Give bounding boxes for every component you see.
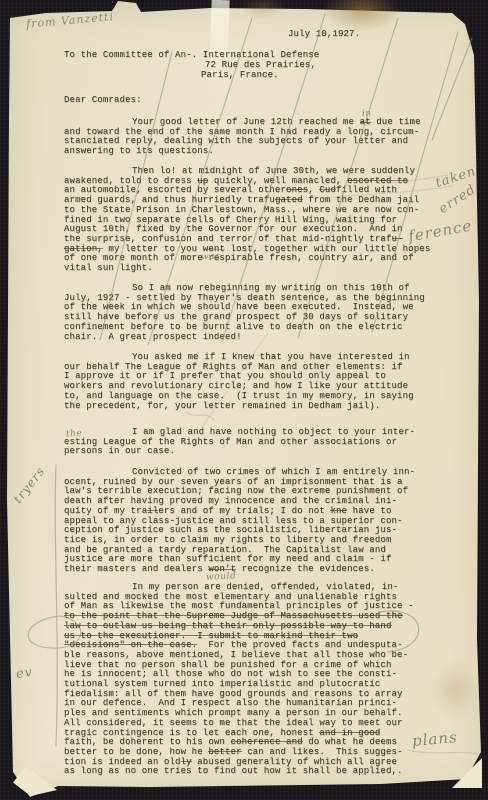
paragraph-4: You asked me if I knew that you have int… xyxy=(64,353,446,411)
typed-text: stanciated reply, dealing with the subje… xyxy=(64,136,408,146)
typed-text: an automobile, escorted by several other xyxy=(64,185,286,195)
typed-text: tice is, in order to claim my rights to … xyxy=(64,535,392,545)
typed-text: ception of justice such as the socialist… xyxy=(64,525,397,535)
struck-text: gated xyxy=(275,195,303,205)
typed-text: persons in our case. xyxy=(64,446,175,456)
struck-text: us to the executioner. I submit to marki… xyxy=(64,631,358,641)
struck-text: coherence and xyxy=(231,737,303,747)
paragraph-6: Convicted of two crimes of which I am en… xyxy=(64,468,446,575)
typed-text: tragic contingence is to let each one, h… xyxy=(64,728,319,738)
typed-line: chair. A great prospect indeed! xyxy=(64,333,446,343)
typed-text: do what he deems xyxy=(303,737,397,747)
paragraph-7: In my person are denied, offended, viola… xyxy=(64,583,446,777)
struck-text: up xyxy=(197,176,208,186)
typed-text: he is innocent; all those who do not wis… xyxy=(64,669,397,679)
typed-text: our behalf The League of Rights of Man a… xyxy=(64,362,403,372)
typed-line: vital sun light. xyxy=(64,264,446,274)
recipient-line-3: Paris, France. xyxy=(201,71,279,81)
typed-text: I am glad and have nothing to object to … xyxy=(132,427,415,437)
typed-text: have to xyxy=(347,506,391,516)
typed-text: July, 1927 - settled by Thayer's death s… xyxy=(64,293,425,303)
paper-crease-streak xyxy=(208,0,229,96)
typed-line: persons in our case. xyxy=(64,447,446,457)
struck-text: Cud xyxy=(319,185,336,195)
typed-line: answering to its questions. xyxy=(64,147,446,157)
typed-text: the precedent, for, your letter remained… xyxy=(64,401,380,411)
typed-text: vital sun light. xyxy=(64,263,153,273)
typed-text: All considered, it seems to me that the … xyxy=(64,718,403,728)
salutation: Dear Comrades: xyxy=(64,96,142,106)
typed-text: tion is indeed an old xyxy=(64,757,181,767)
typed-text: of one more month of more respirable fre… xyxy=(64,253,414,263)
typed-text: of Man as likewise the most fundamental … xyxy=(64,601,414,611)
typed-text: recognize the evidences. xyxy=(236,564,375,574)
typed-text: lost, together with our little hopes xyxy=(225,244,430,254)
typed-text: the surprise, confusion and terror of th… xyxy=(64,234,392,244)
struck-text: u- xyxy=(392,234,403,244)
typed-text: my letter to you xyxy=(103,244,203,254)
typed-text: ble reasons, above mentioned, I believe … xyxy=(64,650,408,660)
paragraph-3: So I am now rebeginning my writing on th… xyxy=(64,284,446,342)
typed-text: awakened, told to dress xyxy=(64,176,197,186)
typed-text: ocent, ruined by our seven years of an i… xyxy=(64,477,403,487)
typed-text: fined in two separate cells of Cherry Hi… xyxy=(64,215,397,225)
typed-text: quickly, well manacled, xyxy=(208,176,347,186)
struck-text: il xyxy=(147,506,158,516)
typed-text: and be granted a tardy reparation. The C… xyxy=(64,545,386,555)
typed-text: sulted and mocked the most elementary an… xyxy=(64,592,397,602)
typed-text: fiedalism: all of them have good grounds… xyxy=(64,689,403,699)
typed-text: In my person are denied, offended, viola… xyxy=(132,582,398,592)
typed-text: law's terrible execution; facing now the… xyxy=(64,486,408,496)
typed-text: due time xyxy=(371,117,421,127)
typed-text: can and likes. This sugges- xyxy=(242,747,403,757)
typed-text: still have before us the grand prospect … xyxy=(64,312,408,322)
typed-text: lieve that no person shall be punished f… xyxy=(64,660,392,670)
paragraph-1: Your good letter of June 12th reached me… xyxy=(64,118,446,157)
typed-text: estingthe xyxy=(64,438,97,448)
typed-text: justice are more than sufficient for my … xyxy=(64,554,392,564)
typed-text: from the Dedham jail xyxy=(303,195,420,205)
typed-text: For the proved facts and undesputa- xyxy=(197,640,402,650)
typed-text: answering to its questions. xyxy=(64,146,214,156)
struck-text: escorted to xyxy=(347,176,408,186)
typed-line: the precedent, for, your letter remained… xyxy=(64,402,446,412)
typed-text: abused generality of which all agree xyxy=(192,757,397,767)
typed-text: You asked me if I knew that you have int… xyxy=(132,352,410,362)
typed-text: tutional system turned into imperialisti… xyxy=(64,679,380,689)
struck-text: to the point that the Supreme Judge of M… xyxy=(64,611,403,621)
typed-text: quity of my tra xyxy=(64,506,147,516)
struck-text: won'twould xyxy=(208,565,236,575)
struck-text: kne xyxy=(330,506,347,516)
typed-text: armed guards, and thus hurriedly trafu xyxy=(64,195,275,205)
paragraph-2: Then lo! at midnight of June 30th, we we… xyxy=(64,167,446,274)
typed-text: Then lo! at midnight of June 30th, we we… xyxy=(132,166,415,176)
typed-text: better to be done, how he xyxy=(64,747,208,757)
struck-text: "decisions" on the case. xyxy=(64,640,197,650)
struck-text: gation, xyxy=(64,244,103,254)
pencil-correction: the xyxy=(66,429,83,440)
typed-text: faith, be doherent to his own xyxy=(64,737,231,747)
typed-text: to, and language on the case. (I trust i… xyxy=(64,391,414,401)
struck-text: wentwas xyxy=(203,245,225,255)
document-scan: July 10,1927. To the Committee of An-. I… xyxy=(0,0,488,800)
typed-text: as long as no one tries to find out how … xyxy=(64,766,403,776)
typed-text: So I am now rebeginning my writing on th… xyxy=(132,283,410,293)
struck-text: ones xyxy=(286,185,308,195)
typed-text: Your good letter of June 12th reached me xyxy=(132,117,360,127)
typed-text: confinement before to be burnt alive to … xyxy=(64,322,403,332)
typed-line: as long as no one tries to find out how … xyxy=(64,767,446,777)
typed-text: ers and of my trials; I do not xyxy=(158,506,330,516)
typed-text: appeal to any class-justice and still le… xyxy=(64,516,403,526)
pencil-correction: was xyxy=(201,252,221,263)
pencil-correction: in xyxy=(361,110,372,120)
typed-text: August 10th, fixed by the Governor for o… xyxy=(64,224,403,234)
typed-text: workers and revolutionary circle; and ho… xyxy=(64,381,408,391)
struck-text: atin xyxy=(360,118,371,128)
struck-text: ly xyxy=(181,757,192,767)
typed-text: , xyxy=(308,185,319,195)
typed-text: to the State Prison in Charlestown, Mass… xyxy=(64,205,419,215)
typed-text: ples and sentiments which prompt many a … xyxy=(64,708,403,718)
typed-text: of the week in which we should have been… xyxy=(64,302,414,312)
typed-text: I approve it or if I prefer that you sho… xyxy=(64,371,386,381)
struck-text: and in good xyxy=(319,728,380,738)
typed-text: League of the Rights of Man and other as… xyxy=(97,437,397,447)
typed-line: their masters and dealers won'twould rec… xyxy=(64,565,446,575)
typed-text: death after having proved my innocence a… xyxy=(64,496,397,506)
typed-text: and toward the end of the same month I h… xyxy=(64,127,419,137)
struck-text: law to outlaw us being that their only p… xyxy=(64,621,392,631)
typed-text: in our defence. And I respect also the h… xyxy=(64,698,397,708)
typed-text: their masters and dealers xyxy=(64,564,208,574)
paragraph-5: I am glad and have nothing to object to … xyxy=(64,428,446,457)
typed-text: Convicted of two crimes of which I am en… xyxy=(132,467,415,477)
letter-date: July 10,1927. xyxy=(288,30,360,40)
pencil-note-ev: ev xyxy=(15,665,34,682)
struck-text: better xyxy=(208,747,241,757)
typed-text: filled with xyxy=(336,185,397,195)
typed-text: chair. A great prospect indeed! xyxy=(64,332,242,342)
